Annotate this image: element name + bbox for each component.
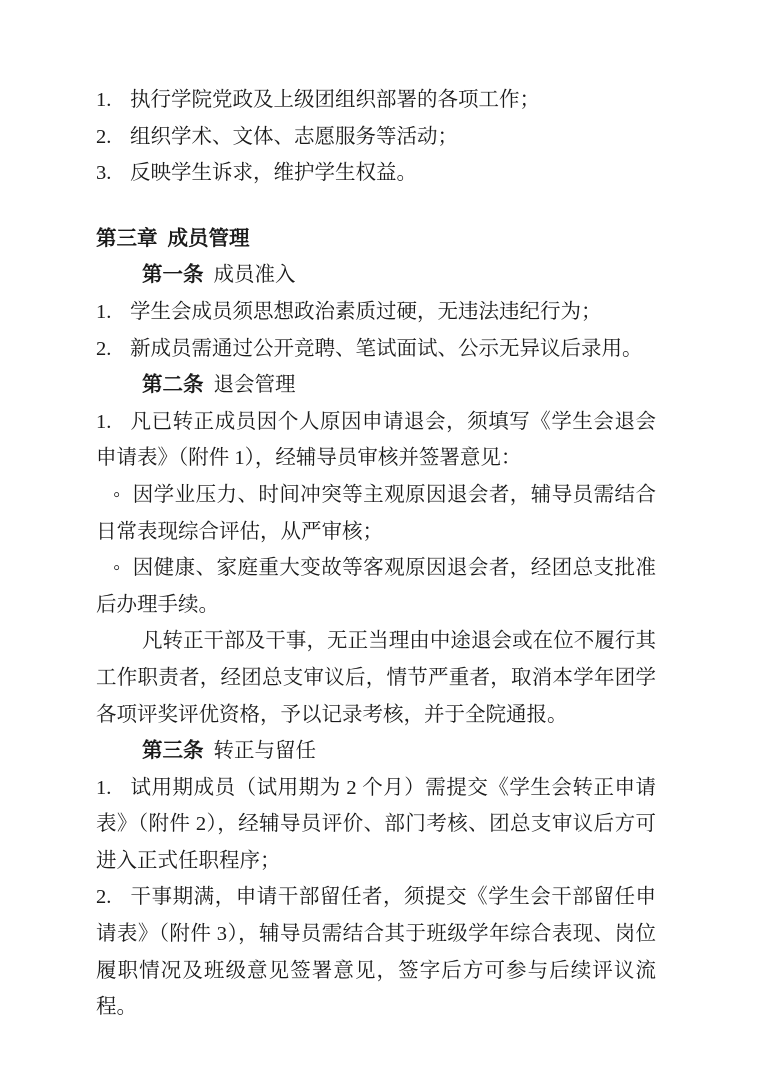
list-item: 1.学生会成员须思想政治素质过硬，无违法违纪行为；: [96, 294, 656, 331]
bullet-item: ◦因学业压力、时间冲突等主观原因退会者，辅导员需结合日常表现综合评估，从严审核；: [96, 477, 656, 550]
article-title: 退会管理: [214, 374, 296, 396]
list-item-text: 学生会成员须思想政治素质过硬，无违法违纪行为；: [130, 301, 602, 323]
bullet-icon: ◦: [113, 557, 121, 579]
list-number: 1.: [96, 294, 130, 331]
list-item: 1.凡已转正成员因个人原因申请退会，须填写《学生会退会申请表》（附件 1），经辅…: [96, 404, 656, 477]
bullet-icon: ◦: [113, 484, 121, 506]
list-number: 2.: [96, 119, 130, 156]
article-heading: 第二条退会管理: [96, 367, 656, 404]
list-item: 3.反映学生诉求，维护学生权益。: [96, 155, 656, 192]
list-number: 2.: [96, 879, 130, 916]
body-paragraph: 凡转正干部及干事，无正当理由中途退会或在位不履行其工作职责者，经团总支审议后，情…: [96, 623, 656, 733]
list-number: 1.: [96, 770, 130, 807]
list-item-text: 执行学院党政及上级团组织部署的各项工作；: [130, 89, 540, 111]
document-page: 1.执行学院党政及上级团组织部署的各项工作； 2.组织学术、文体、志愿服务等活动…: [0, 0, 760, 1078]
list-item-text: 反映学生诉求，维护学生权益。: [130, 162, 417, 184]
list-number: 1.: [96, 404, 130, 441]
list-item-text: 干事期满，申请干部留任者，须提交《学生会干部留任申请表》（附件 3），辅导员需结…: [96, 886, 656, 1018]
list-item: 1.试用期成员（试用期为 2 个月）需提交《学生会转正申请表》（附件 2），经辅…: [96, 770, 656, 880]
bullet-item-text: 因学业压力、时间冲突等主观原因退会者，辅导员需结合日常表现综合评估，从严审核；: [96, 484, 656, 543]
list-number: 1.: [96, 82, 130, 119]
list-item-text: 试用期成员（试用期为 2 个月）需提交《学生会转正申请表》（附件 2），经辅导员…: [96, 777, 656, 872]
article-title: 转正与留任: [214, 740, 317, 762]
article-number: 第二条: [142, 374, 204, 396]
list-item: 1.执行学院党政及上级团组织部署的各项工作；: [96, 82, 656, 119]
body-paragraph-text: 凡转正干部及干事，无正当理由中途退会或在位不履行其工作职责者，经团总支审议后，情…: [96, 630, 656, 725]
list-item-text: 新成员需通过公开竞聘、笔试面试、公示无异议后录用。: [130, 338, 643, 360]
list-item-text: 组织学术、文体、志愿服务等活动；: [130, 126, 458, 148]
chapter-number: 第三章: [96, 228, 158, 250]
article-heading: 第三条转正与留任: [96, 733, 656, 770]
bullet-item-text: 因健康、家庭重大变故等客观原因退会者，经团总支批准后办理手续。: [96, 557, 656, 616]
list-number: 2.: [96, 331, 130, 368]
list-item-text: 凡已转正成员因个人原因申请退会，须填写《学生会退会申请表》（附件 1），经辅导员…: [96, 411, 656, 470]
bullet-item: ◦因健康、家庭重大变故等客观原因退会者，经团总支批准后办理手续。: [96, 550, 656, 623]
list-number: 3.: [96, 155, 130, 192]
list-item: 2.新成员需通过公开竞聘、笔试面试、公示无异议后录用。: [96, 331, 656, 368]
list-item: 2.干事期满，申请干部留任者，须提交《学生会干部留任申请表》（附件 3），辅导员…: [96, 879, 656, 1025]
chapter-title: 成员管理: [168, 228, 250, 250]
list-item: 2.组织学术、文体、志愿服务等活动；: [96, 119, 656, 156]
chapter-heading: 第三章成员管理: [96, 221, 656, 258]
article-heading: 第一条成员准入: [96, 257, 656, 294]
article-title: 成员准入: [214, 264, 296, 286]
article-number: 第一条: [142, 264, 204, 286]
article-number: 第三条: [142, 740, 204, 762]
